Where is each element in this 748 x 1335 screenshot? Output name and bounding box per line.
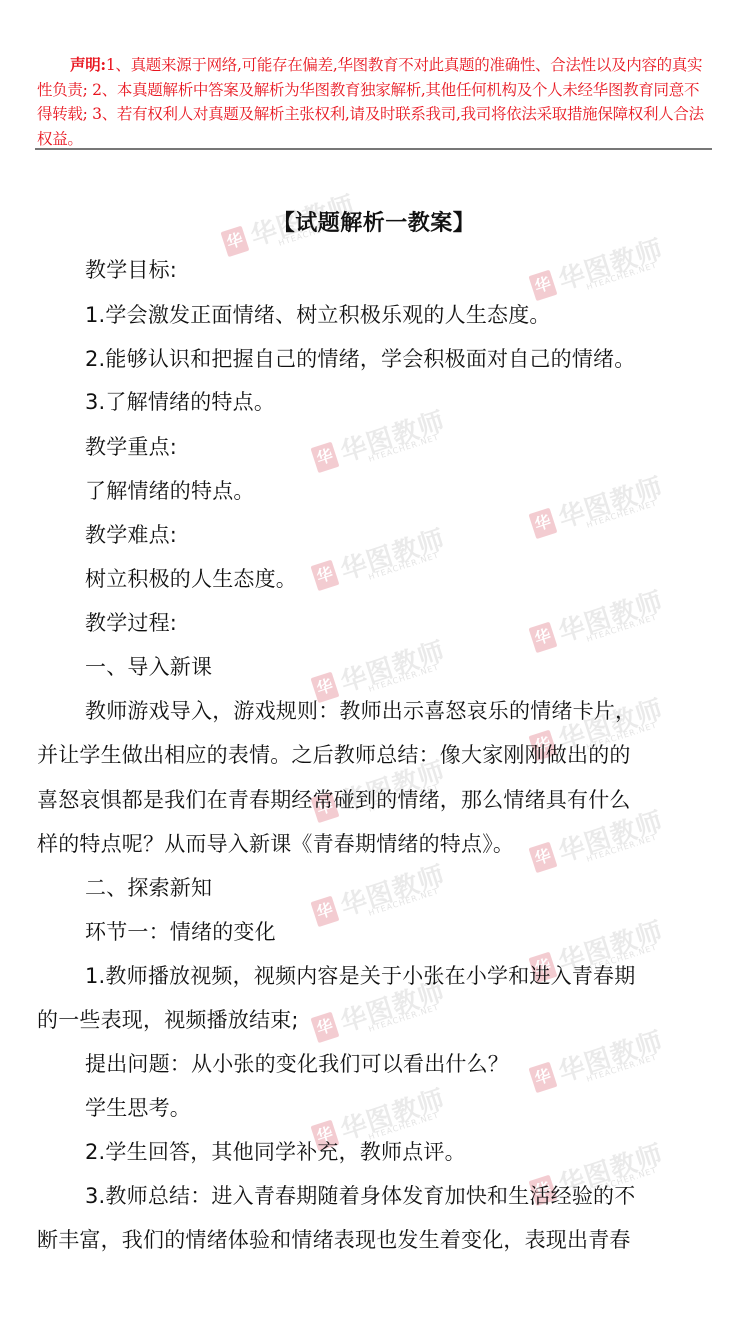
watermark: 华华图教师HTEACHER.NET — [524, 572, 676, 672]
watermark: 华华图教师HTEACHER.NET — [306, 392, 458, 492]
watermark-sub: HTEACHER.NET — [367, 1002, 440, 1033]
text-line: 树立积极的人生态度。 — [85, 565, 297, 593]
text-line: 的一些表现，视频播放结束; — [37, 1006, 299, 1034]
text-line: 提出问题：从小张的变化我们可以看出什么？ — [85, 1050, 509, 1078]
section-heading: 教学过程: — [85, 609, 177, 637]
watermark-text: 华图教师 — [553, 467, 667, 536]
watermark: 华华图教师HTEACHER.NET — [306, 846, 458, 946]
watermark-sub: HTEACHER.NET — [367, 886, 440, 917]
text-line: 3.了解情绪的特点。 — [85, 388, 275, 416]
text-line: 1.教师播放视频，视频内容是关于小张在小学和进入青春期 — [85, 962, 635, 990]
watermark-logo-icon: 华 — [528, 1062, 557, 1094]
watermark: 华华图教师HTEACHER.NET — [524, 1125, 676, 1225]
watermark-text: 华图教师 — [553, 581, 667, 650]
text-line: 喜怒哀惧都是我们在青春期经常碰到的情绪，那么情绪具有什么 — [37, 786, 631, 814]
watermark-logo-icon: 华 — [528, 270, 557, 302]
section-heading: 教学难点: — [85, 521, 177, 549]
watermark-logo-icon: 华 — [310, 442, 339, 474]
watermark-text: 华图教师 — [553, 229, 667, 298]
text-line: 教师游戏导入，游戏规则：教师出示喜怒哀乐的情绪卡片， — [85, 697, 636, 725]
watermark-text: 华图教师 — [335, 1079, 449, 1148]
disclaimer-text: 1、真题来源于网络,可能存在偏差,华图教育不对此真题的准确性、合法性以及内容的真… — [37, 56, 704, 148]
section-heading: 一、导入新课 — [85, 653, 212, 681]
text-line: 学生思考。 — [85, 1094, 191, 1122]
disclaimer: 声明:1、真题来源于网络,可能存在偏差,华图教育不对此真题的准确性、合法性以及内… — [37, 53, 712, 151]
watermark-sub: HTEACHER.NET — [585, 260, 658, 291]
watermark-sub: HTEACHER.NET — [367, 550, 440, 581]
watermark-logo-icon: 华 — [528, 622, 557, 654]
text-line: 断丰富，我们的情绪体验和情绪表现也发生着变化，表现出青春 — [37, 1226, 631, 1254]
text-line: 样的特点呢？从而导入新课《青春期情绪的特点》。 — [37, 830, 514, 858]
watermark-text: 华图教师 — [335, 401, 449, 470]
watermark-sub: HTEACHER.NET — [585, 612, 658, 643]
watermark: 华华图教师HTEACHER.NET — [524, 1012, 676, 1112]
watermark-sub: HTEACHER.NET — [585, 832, 658, 863]
divider — [35, 148, 712, 150]
text-line: 了解情绪的特点。 — [85, 477, 255, 505]
page-title: 【试题解析一教案】 — [0, 206, 748, 237]
text-line: 并让学生做出相应的表情。之后教师总结：像大家刚刚做出的的 — [37, 741, 631, 769]
watermark-sub: HTEACHER.NET — [367, 662, 440, 693]
section-heading: 环节一：情绪的变化 — [85, 918, 276, 946]
watermark: 华华图教师HTEACHER.NET — [524, 458, 676, 558]
watermark-sub: HTEACHER.NET — [585, 498, 658, 529]
watermark-logo-icon: 华 — [310, 896, 339, 928]
watermark-logo-icon: 华 — [528, 508, 557, 540]
disclaimer-label: 声明: — [70, 55, 106, 74]
watermark-text: 华图教师 — [335, 519, 449, 588]
watermark-logo-icon: 华 — [528, 842, 557, 874]
section-heading: 二、探索新知 — [85, 874, 212, 902]
text-line: 3.教师总结：进入青春期随着身体发育加快和生活经验的不 — [85, 1182, 635, 1210]
watermark-logo-icon: 华 — [310, 1012, 339, 1044]
section-heading: 教学重点: — [85, 433, 177, 461]
watermark-text: 华图教师 — [335, 631, 449, 700]
watermark-text: 华图教师 — [553, 1021, 667, 1090]
watermark: 华华图教师HTEACHER.NET — [306, 510, 458, 610]
text-line: 2.学生回答，其他同学补充，教师点评。 — [85, 1138, 466, 1166]
section-heading: 教学目标: — [85, 256, 177, 284]
watermark-sub: HTEACHER.NET — [585, 1052, 658, 1083]
text-line: 2.能够认识和把握自己的情绪，学会积极面对自己的情绪。 — [85, 345, 635, 373]
watermark-logo-icon: 华 — [310, 560, 339, 592]
text-line: 1.学会激发正面情绪、树立积极乐观的人生态度。 — [85, 301, 551, 329]
watermark-sub: HTEACHER.NET — [367, 432, 440, 463]
watermark-text: 华图教师 — [335, 855, 449, 924]
